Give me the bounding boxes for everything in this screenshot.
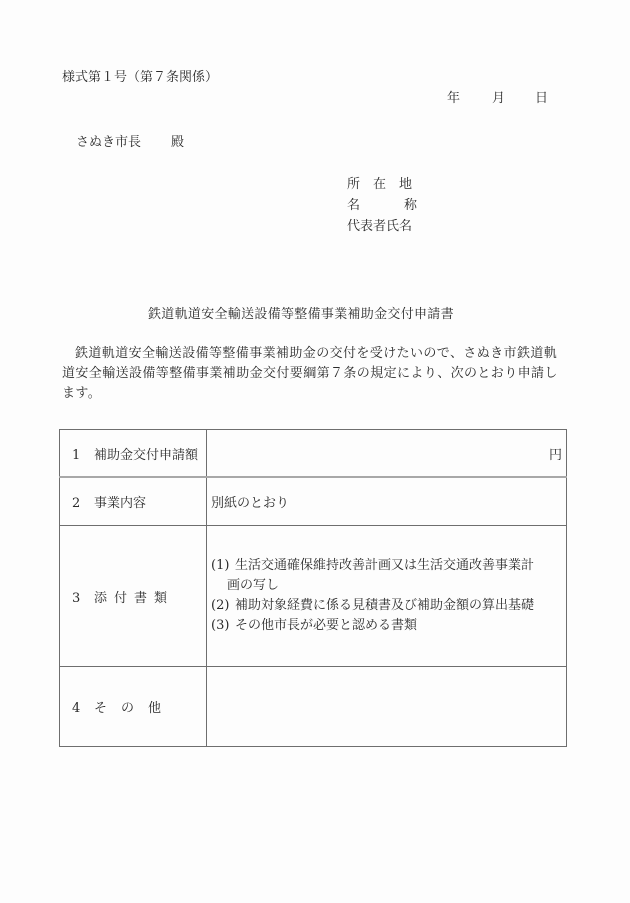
form-number: 様式第１号（第７条関係） (62, 66, 218, 85)
project-content-field[interactable]: 別紙のとおり (207, 477, 567, 526)
list-item: (1)生活交通確保維持改善計画又は生活交通改善事業計 画の写し (211, 556, 562, 596)
body-line-1-text: 鉄道軌道安全輸送設備等整備事業補助金の交付を受けたいので、さぬき市鉄道軌 (75, 346, 557, 361)
row-number: 3 (72, 591, 94, 606)
date-month-label: 月 (492, 87, 505, 106)
item-text: 生活交通確保維持改善計画又は生活交通改善事業計 (235, 558, 534, 573)
row-label-cell: 2事業内容 (60, 477, 207, 526)
body-line-1: 鉄道軌道安全輸送設備等整備事業補助金の交付を受けたいので、さぬき市鉄道軌 (62, 344, 572, 364)
date-fields: 年 月 日 (447, 87, 548, 106)
row-label: 補助金交付申請額 (94, 448, 198, 463)
table-row: 3添付書類 (1)生活交通確保維持改善計画又は生活交通改善事業計 画の写し (2… (60, 526, 567, 667)
applicant-name-label: 名 称 (347, 195, 417, 216)
row-label: 添付書類 (94, 591, 174, 606)
addressee-honorific: 殿 (171, 131, 184, 150)
applicant-representative-label: 代表者氏名 (347, 216, 417, 237)
table-row: 2事業内容 別紙のとおり (60, 477, 567, 526)
item-text: その他市長が必要と認める書類 (235, 618, 417, 633)
document-body: 鉄道軌道安全輸送設備等整備事業補助金の交付を受けたいので、さぬき市鉄道軌 道安全… (62, 344, 572, 404)
row-label-cell: 1補助金交付申請額 (60, 430, 207, 478)
document-title: 鉄道軌道安全輸送設備等整備事業補助金交付申請書 (148, 303, 454, 322)
date-year-label: 年 (447, 87, 460, 106)
row-label: その他 (94, 701, 175, 716)
attachments-list: (1)生活交通確保維持改善計画又は生活交通改善事業計 画の写し (2)補助対象経… (211, 556, 562, 636)
addressee-name: さぬき市長 (76, 131, 141, 150)
addressee: さぬき市長 殿 (76, 131, 184, 150)
table-row: 4その他 (60, 667, 567, 747)
table-row: 1補助金交付申請額 円 (60, 430, 567, 478)
row-number: 1 (72, 448, 94, 463)
applicant-name-label-1: 名 (347, 195, 360, 216)
item-number: (2) (211, 596, 235, 616)
applicant-address-label: 所 在 地 (347, 174, 417, 195)
body-line-2: 道安全輸送設備等整備事業補助金交付要綱第７条の規定により、次のとおり申請し (62, 364, 572, 384)
date-day-label: 日 (535, 87, 548, 106)
application-table: 1補助金交付申請額 円 2事業内容 別紙のとおり 3添付書類 (1)生活交通確保… (59, 429, 567, 747)
subsidy-amount-field[interactable]: 円 (207, 430, 567, 478)
item-number: (1) (211, 556, 235, 576)
item-text-continuation: 画の写し (211, 576, 562, 596)
yen-unit: 円 (549, 448, 562, 463)
row-label-cell: 3添付書類 (60, 526, 207, 667)
applicant-block: 所 在 地 名 称 代表者氏名 (347, 174, 417, 237)
list-item: (2)補助対象経費に係る見積書及び補助金額の算出基礎 (211, 596, 562, 616)
body-line-3: ます。 (62, 384, 572, 404)
item-text: 補助対象経費に係る見積書及び補助金額の算出基礎 (235, 598, 534, 613)
item-number: (3) (211, 616, 235, 636)
project-content-value: 別紙のとおり (211, 496, 289, 511)
row-label: 事業内容 (94, 496, 146, 511)
attachments-cell: (1)生活交通確保維持改善計画又は生活交通改善事業計 画の写し (2)補助対象経… (207, 526, 567, 667)
row-number: 4 (72, 701, 94, 716)
applicant-name-label-2: 称 (404, 195, 417, 216)
date-year-gap (460, 87, 492, 106)
list-item: (3)その他市長が必要と認める書類 (211, 616, 562, 636)
date-month-gap (505, 87, 535, 106)
row-number: 2 (72, 496, 94, 511)
other-field[interactable] (207, 667, 567, 747)
row-label-cell: 4その他 (60, 667, 207, 747)
